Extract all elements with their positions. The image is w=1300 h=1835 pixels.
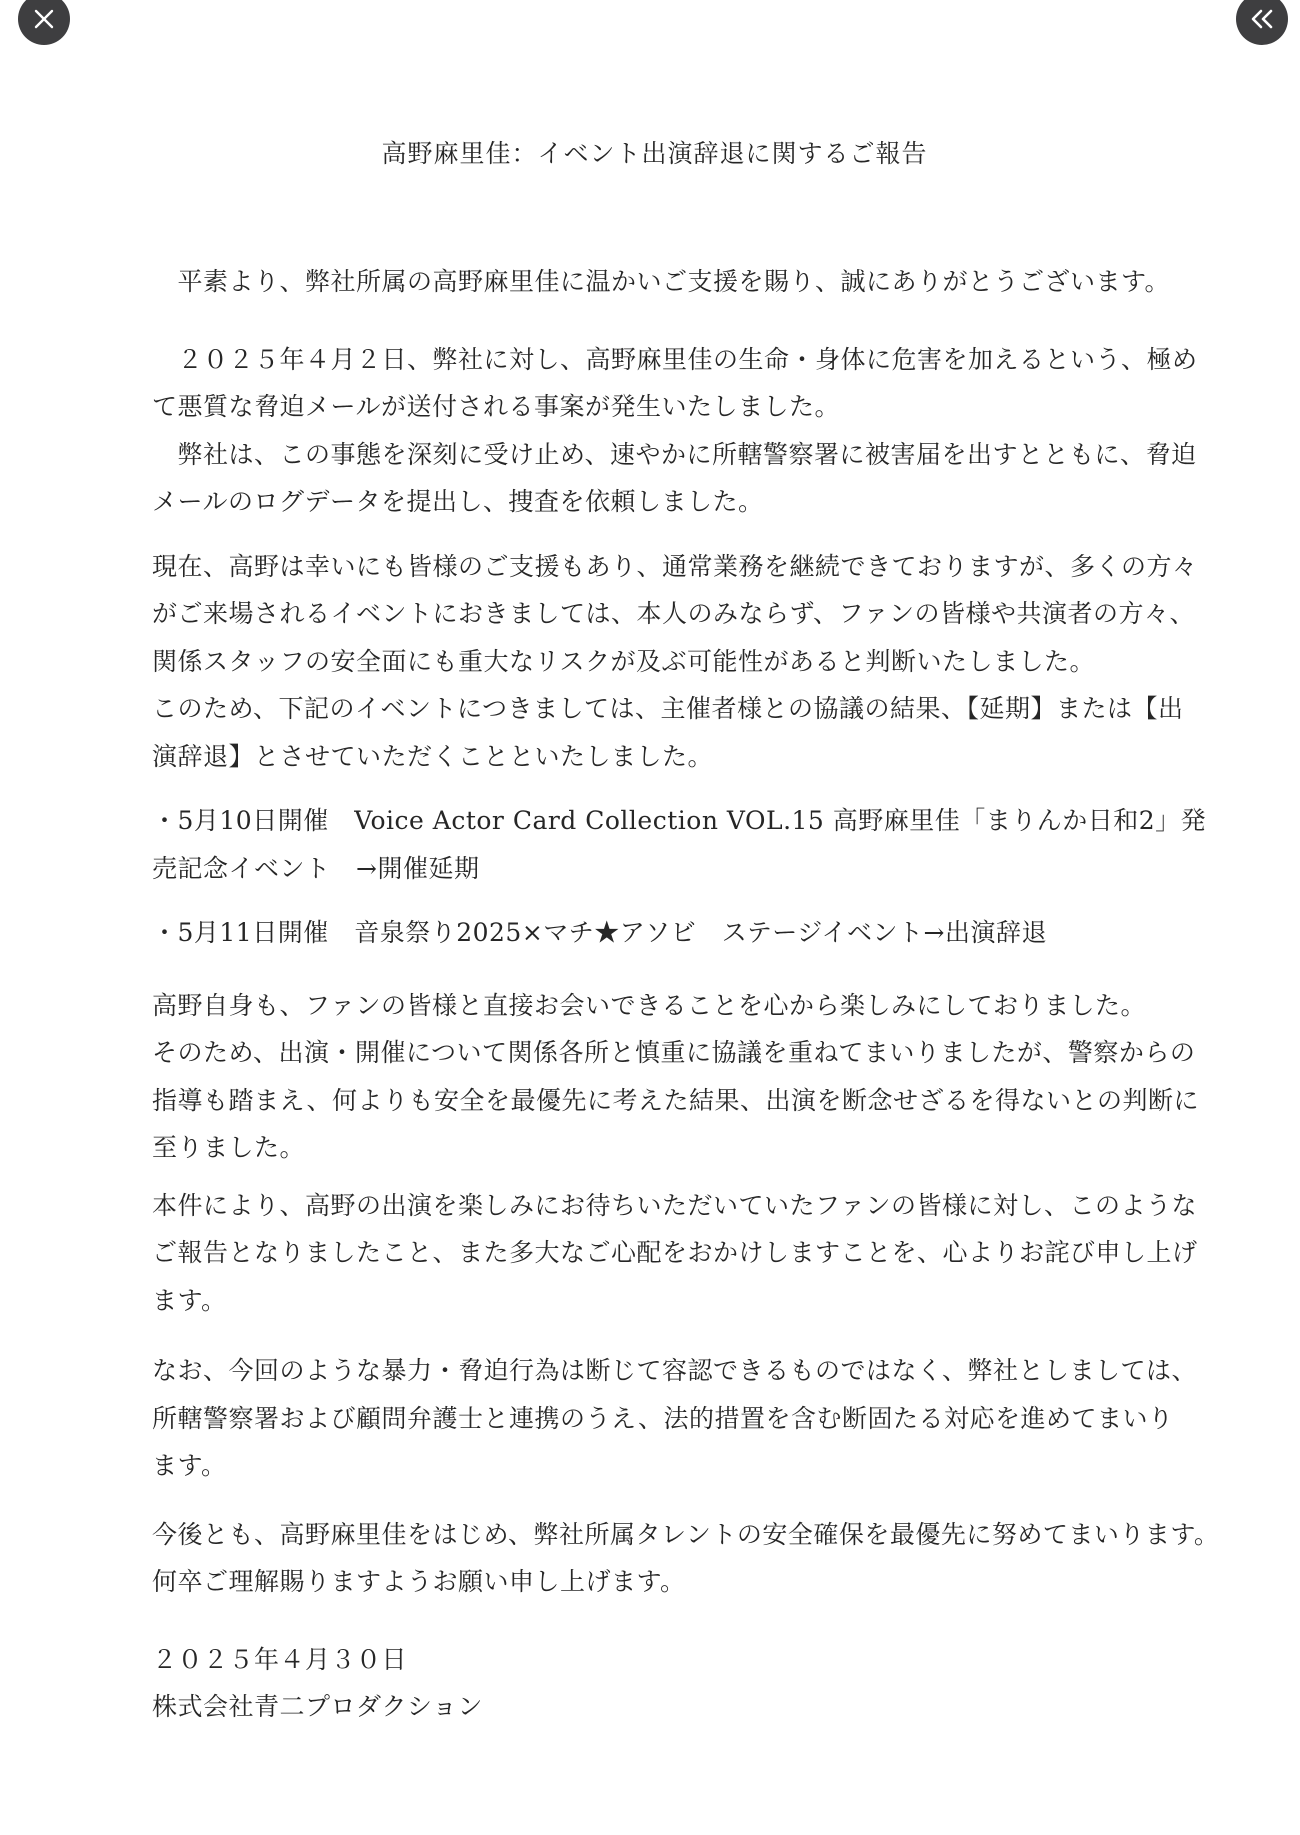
text-line: 弊社は、この事態を深刻に受け止め、速やかに所轄警察署に被害届を出すとともに、脅迫 [152,431,1157,479]
text-line: 現在、高野は幸いにも皆様のご支援もあり、通常業務を継続できておりますが、多くの方… [152,543,1157,591]
text-line: 至りました。 [152,1124,1157,1172]
document-date: ２０２５年４月３０日 [152,1636,1157,1684]
paragraph-decision: 現在、高野は幸いにも皆様のご支援もあり、通常業務を継続できておりますが、多くの方… [152,543,1157,781]
text-line: ・5月11日開催 音泉祭り2025×マチ★アソビ ステージイベント→出演辞退 [152,909,1157,957]
signature-block: ２０２５年４月３０日 株式会社青二プロダクション [152,1636,1157,1731]
text-line: ます。 [152,1277,1157,1325]
text-line: 高野自身も、ファンの皆様と直接お会いできることを心から楽しみにしておりました。 [152,982,1157,1030]
text-line: て悪質な脅迫メールが送付される事案が発生いたしました。 [152,383,1157,431]
text-line: そのため、出演・開催について関係各所と慎重に協議を重ねてまいりましたが、警察から… [152,1029,1157,1077]
event-item-may11: ・5月11日開催 音泉祭り2025×マチ★アソビ ステージイベント→出演辞退 [152,909,1157,957]
text-line: このため、下記のイベントにつきましては、主催者様との協議の結果、【延期】または【… [152,685,1157,733]
text-line: ます。 [152,1442,1157,1490]
text-line: 関係スタッフの安全面にも重大なリスクが及ぶ可能性があると判断いたしました。 [152,638,1157,686]
paragraph-talent-feelings: 高野自身も、ファンの皆様と直接お会いできることを心から楽しみにしておりました。 … [152,982,1157,1172]
text-line: ご報告となりましたこと、また多大なご心配をおかけしますことを、心よりお詫び申し上… [152,1229,1157,1277]
company-name: 株式会社青二プロダクション [152,1683,1157,1731]
paragraph-greeting: 平素より、弊社所属の高野麻里佳に温かいご支援を賜り、誠にありがとうございます。 [152,258,1157,306]
text-line: 何卒ご理解賜りますようお願い申し上げます。 [152,1558,1157,1606]
text-line: ・5月10日開催 Voice Actor Card Collection VOL… [152,797,1157,845]
text-line: がご来場されるイベントにおきましては、本人のみならず、ファンの皆様や共演者の方々… [152,590,1157,638]
text-line: 所轄警察署および顧問弁護士と連携のうえ、法的措置を含む断固たる対応を進めてまいり [152,1395,1157,1443]
text-line: 平素より、弊社所属の高野麻里佳に温かいご支援を賜り、誠にありがとうございます。 [152,258,1157,306]
text-line: 売記念イベント →開催延期 [152,845,1157,893]
document-page: 高野麻里佳：イベント出演辞退に関するご報告 平素より、弊社所属の高野麻里佳に温か… [0,0,1300,1731]
text-line: なお、今回のような暴力・脅迫行為は断じて容認できるものではなく、弊社としましては… [152,1347,1157,1395]
text-line: ２０２５年４月２日、弊社に対し、高野麻里佳の生命・身体に危害を加えるという、極め [152,336,1157,384]
paragraph-incident: ２０２５年４月２日、弊社に対し、高野麻里佳の生命・身体に危害を加えるという、極め… [152,336,1157,526]
text-line: 今後とも、高野麻里佳をはじめ、弊社所属タレントの安全確保を最優先に努めてまいりま… [152,1511,1157,1559]
text-line: メールのログデータを提出し、捜査を依頼しました。 [152,478,1157,526]
text-line: 演辞退】とさせていただくことといたしました。 [152,733,1157,781]
paragraph-closing: 今後とも、高野麻里佳をはじめ、弊社所属タレントの安全確保を最優先に努めてまいりま… [152,1511,1157,1606]
text-line: 本件により、高野の出演を楽しみにお待ちいただいていたファンの皆様に対し、このよう… [152,1182,1157,1230]
event-item-may10: ・5月10日開催 Voice Actor Card Collection VOL… [152,797,1157,892]
paragraph-legal-action: なお、今回のような暴力・脅迫行為は断じて容認できるものではなく、弊社としましては… [152,1347,1157,1490]
text-line: 指導も踏まえ、何よりも安全を最優先に考えた結果、出演を断念せざるを得ないとの判断… [152,1077,1157,1125]
document-title: 高野麻里佳：イベント出演辞退に関するご報告 [152,138,1157,170]
paragraph-apology: 本件により、高野の出演を楽しみにお待ちいただいていたファンの皆様に対し、このよう… [152,1182,1157,1325]
